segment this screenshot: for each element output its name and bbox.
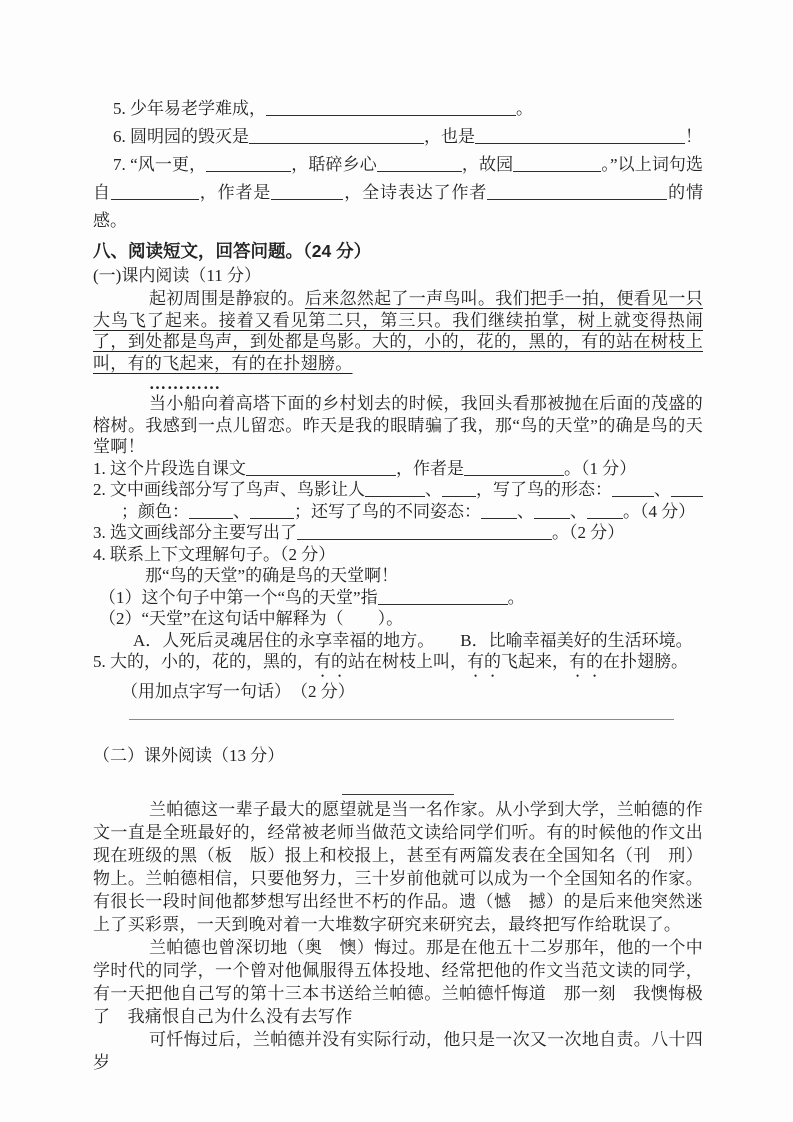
text-run: 7. “风一更， (113, 155, 206, 174)
question-4-sub-2: （2）“天堂”在这句话中解释为（ ）。 (99, 608, 703, 630)
text-run: 4. 联系上下文理解句子。（2 分） (93, 545, 335, 564)
question-4-choices: A．人死后灵魂居住的永享幸福的地方。B．比喻幸福美好的生活环境。 (133, 630, 703, 652)
part1-passage: 起初周围是静寂的。后来忽然起了一声鸟叫。我们把手一拍，便看见一只大鸟飞了起来。接… (93, 288, 703, 458)
text-run: A．人死后灵魂居住的永享幸福的地方。 (133, 631, 434, 650)
part2-title: （二）课外阅读（13 分） (93, 744, 703, 768)
text-run: ！ (685, 127, 702, 146)
question-1: 1. 这个片段选自课文，作者是。（1 分） (93, 458, 703, 480)
fill-in-blank (587, 504, 623, 519)
text-run: 在扑翅膀。 (603, 652, 688, 671)
fill-in-blank (250, 504, 294, 519)
text-run: 、 (570, 502, 587, 521)
fill-in-blank (378, 590, 508, 605)
text-run: 兰帕德也曾深切地（奥 懊）悔过。那是在他五十二岁那年，他的一个中学时代的同学，一… (93, 938, 703, 1026)
fill-in-blank (481, 504, 517, 519)
fill-in-blank (534, 504, 570, 519)
ellipsis-marker: ………… (149, 374, 703, 393)
text-run: 。（2 分） (552, 523, 624, 542)
fill-in-blank (612, 482, 654, 497)
text-run: 起初周围是静寂的。 (149, 289, 305, 308)
text-run: ，作者是 (396, 459, 464, 478)
part2-paragraph-3: 可忏悔过后，兰帕德并没有实际行动，他只是一次又一次地自责。八十四岁 (93, 1028, 703, 1074)
section-8-heading: 八、阅读短文，回答问题。（24 分） (93, 239, 703, 264)
fill-in-item-5: 5. 少年易老学难成，。 (93, 95, 703, 123)
fill-in-blank (442, 482, 476, 497)
dotted-emphasis-text: 有的 (569, 652, 603, 671)
question-3: 3. 选文画线部分主要写出了。（2 分） (93, 522, 703, 544)
text-run: 。（4 分） (623, 502, 695, 521)
passage-title-blank-line (342, 793, 454, 795)
fill-in-blank (365, 482, 425, 497)
text-run: 3. 选文画线部分主要写出了 (93, 523, 297, 542)
text-run: ；还写了鸟的不同姿态： (294, 502, 481, 521)
fill-in-item-6: 6. 圆明园的毁灭是，也是！ (93, 123, 703, 151)
part2-passage: 兰帕德这一辈子最大的愿望就是当一名作家。从小学到大学，兰帕德的作文一直是全班最好… (93, 798, 703, 1074)
text-run: ，全诗表达了作者 (343, 183, 487, 202)
text-run: 站在树枝上叫， (348, 652, 467, 671)
text-run: 、 (517, 502, 534, 521)
text-run: ；颜色： (121, 502, 189, 521)
fill-in-blank (111, 185, 199, 200)
dotted-emphasis-text: 有的 (314, 652, 348, 671)
text-run: B．比喻幸福美好的生活环境。 (460, 631, 692, 650)
text-run: （2）“天堂”在这句话中解释为（ ）。 (99, 609, 403, 628)
passage-paragraph-2: 当小船向着高塔下面的乡村划去的时候，我回头看那被抛在后面的茂盛的榕树。我感到一点… (93, 393, 703, 458)
fill-in-blank (377, 157, 462, 172)
fill-in-blank (671, 482, 703, 497)
text-run: 5. 少年易老学难成， (113, 99, 266, 118)
text-run: 当小船向着高塔下面的乡村划去的时候，我回头看那被抛在后面的茂盛的榕树。我感到一点… (93, 394, 703, 456)
text-run: 兰帕德这一辈子最大的愿望就是当一名作家。从小学到大学，兰帕德的作文一直是全班最好… (93, 800, 703, 934)
text-run: 可忏悔过后，兰帕德并没有实际行动，他只是一次又一次地自责。八十四岁 (93, 1030, 703, 1072)
fill-in-blank (464, 461, 564, 476)
fill-in-blank (271, 185, 343, 200)
text-run: 、 (425, 480, 442, 499)
text-run: 飞起来， (501, 652, 569, 671)
text-run: 、 (233, 502, 250, 521)
fill-in-blank (475, 129, 685, 144)
part2-paragraph-1: 兰帕德这一辈子最大的愿望就是当一名作家。从小学到大学，兰帕德的作文一直是全班最好… (93, 798, 703, 936)
text-run: 。 (508, 588, 525, 607)
fill-in-blank (266, 101, 516, 116)
question-5-note: （用加点字写一句话） （2 分） (121, 681, 703, 703)
text-run: 那“鸟的天堂”的确是鸟的天堂啊！ (145, 566, 398, 585)
answer-line (129, 718, 674, 720)
text-run: ，作者是 (199, 183, 271, 202)
text-run: 。 (516, 99, 533, 118)
text-run: ，写了鸟的形态： (476, 480, 612, 499)
question-4-quoted-sentence: 那“鸟的天堂”的确是鸟的天堂啊！ (145, 565, 703, 587)
text-run: 6. 圆明园的毁灭是 (113, 127, 249, 146)
text-run: 。（1 分） (564, 459, 636, 478)
fill-in-blank (189, 504, 233, 519)
question-2: 2. 文中画线部分写了鸟声、鸟影让人、，写了鸟的形态：、；颜色：、；还写了鸟的不… (93, 479, 703, 522)
text-run: 5. 大的，小的，花的，黑的， (93, 652, 314, 671)
question-4-sub-1: （1）这个句子中第一个“鸟的天堂”指。 (99, 587, 703, 609)
part1-questions: 1. 这个片段选自课文，作者是。（1 分） 2. 文中画线部分写了鸟声、鸟影让人… (93, 458, 703, 720)
passage-paragraph-1: 起初周围是静寂的。后来忽然起了一声鸟叫。我们把手一拍，便看见一只大鸟飞了起来。接… (93, 288, 703, 374)
spacer (434, 645, 460, 646)
part2-paragraph-2: 兰帕德也曾深切地（奥 懊）悔过。那是在他五十二岁那年，他的一个中学时代的同学，一… (93, 936, 703, 1028)
part1-title: (一)课内阅读（11 分） (93, 264, 703, 288)
text-run: ，聒碎乡心 (291, 155, 377, 174)
text-run: （1）这个句子中第一个“鸟的天堂”指 (99, 588, 378, 607)
fill-in-blank (249, 129, 424, 144)
fill-in-section: 5. 少年易老学难成，。 6. 圆明园的毁灭是，也是！ 7. “风一更，，聒碎乡… (93, 95, 703, 235)
fill-in-item-7: 7. “风一更，，聒碎乡心，故园。”以上词句选自，作者是，全诗表达了作者的情感。 (93, 151, 703, 235)
text-run: （用加点字写一句话） （2 分） (121, 682, 355, 701)
fill-in-blank (513, 157, 601, 172)
text-run: ，故园 (462, 155, 513, 174)
text-run: 、 (654, 480, 671, 499)
fill-in-blank (487, 185, 667, 200)
fill-in-blank (297, 525, 552, 540)
text-run: 2. 文中画线部分写了鸟声、鸟影让人 (93, 480, 365, 499)
question-4: 4. 联系上下文理解句子。（2 分） (93, 544, 703, 566)
fill-in-blank (246, 461, 396, 476)
text-run: 1. 这个片段选自课文 (93, 459, 246, 478)
dotted-emphasis-text: 有的 (467, 652, 501, 671)
fill-in-blank (206, 157, 291, 172)
text-run: ，也是 (424, 127, 475, 146)
question-5: 5. 大的，小的，花的，黑的，有的站在树枝上叫，有的飞起来，有的在扑翅膀。 (93, 651, 703, 681)
exam-page: 5. 少年易老学难成，。 6. 圆明园的毁灭是，也是！ 7. “风一更，，聒碎乡… (0, 0, 793, 1122)
